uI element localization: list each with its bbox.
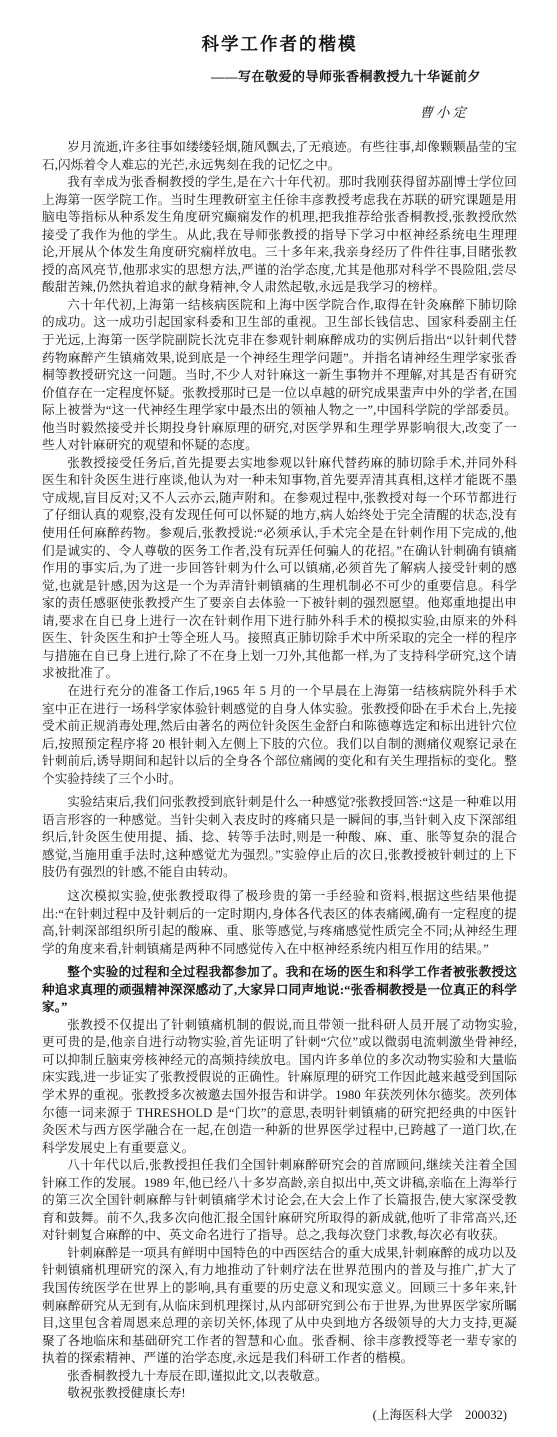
article-body: 岁月流逝,许多往事如缕缕轻烟,随风飘去,了无痕迹。有些往事,却像颗颗晶莹的宝石,… <box>42 139 517 1403</box>
article-paragraph: 实验结束后,我们问张教授到底针刺是什么一种感觉?张教授回答:“这是一种难以用语言… <box>42 794 517 882</box>
page-title: 科学工作者的楷模 <box>42 32 517 56</box>
article-paragraph: 针刺麻醉是一项具有鲜明中国特色的中西医结合的重大成果,针刺麻醉的成功以及针刺镇痛… <box>42 1245 517 1368</box>
article-page: 科学工作者的楷模 ——写在敬爱的导师张香桐教授九十华诞前夕 曹小定 岁月流逝,许… <box>0 0 557 1437</box>
article-paragraph: 这次模拟实验,使张教授取得了极珍贵的第一手经验和资料,根据这些结果他提出:“在针… <box>42 888 517 958</box>
article-paragraph: 张教授接受任务后,首先提要去实地参观以针麻代替药麻的肺切除手术,并同外科医生和针… <box>42 455 517 683</box>
author-name: 曹小定 <box>42 101 469 121</box>
article-paragraph: 八十年代以后,张教授担任我们全国针刺麻醉研究会的首席顾问,继续关注着全国针麻工作… <box>42 1157 517 1245</box>
page-subtitle: ——写在敬爱的导师张香桐教授九十华诞前夕 <box>42 66 481 85</box>
article-paragraph: 张教授不仅提出了针刺镇痛机制的假说,而且带领一批科研人员开展了动物实验,更可贵的… <box>42 1017 517 1157</box>
affiliation-note: (上海医科大学 200032) <box>42 1407 507 1425</box>
article-paragraph: 六十年代初,上海第一结核病医院和上海中医学院合作,取得在针灸麻醉下肺切除的成功。… <box>42 297 517 455</box>
article-paragraph: 岁月流逝,许多往事如缕缕轻烟,随风飘去,了无痕迹。有些往事,却像颗颗晶莹的宝石,… <box>42 139 517 174</box>
article-paragraph: 在进行充分的准备工作后,1965 年 5 月的一个早晨在上海第一结核病院外科手术… <box>42 683 517 788</box>
closing-line: 敬祝张教授健康长寿! <box>42 1385 517 1403</box>
article-paragraph: 整个实验的过程和全过程我都参加了。我和在场的医生和科学工作者被张教授这种追求真理… <box>42 964 517 1017</box>
closing-line: 张香桐教授九十寿辰在即,谨拟此文,以表敬意。 <box>42 1368 517 1386</box>
article-paragraph: 我有幸成为张香桐教授的学生,是在六十年代初。那时我刚获得留苏副博士学位回上海第一… <box>42 174 517 297</box>
